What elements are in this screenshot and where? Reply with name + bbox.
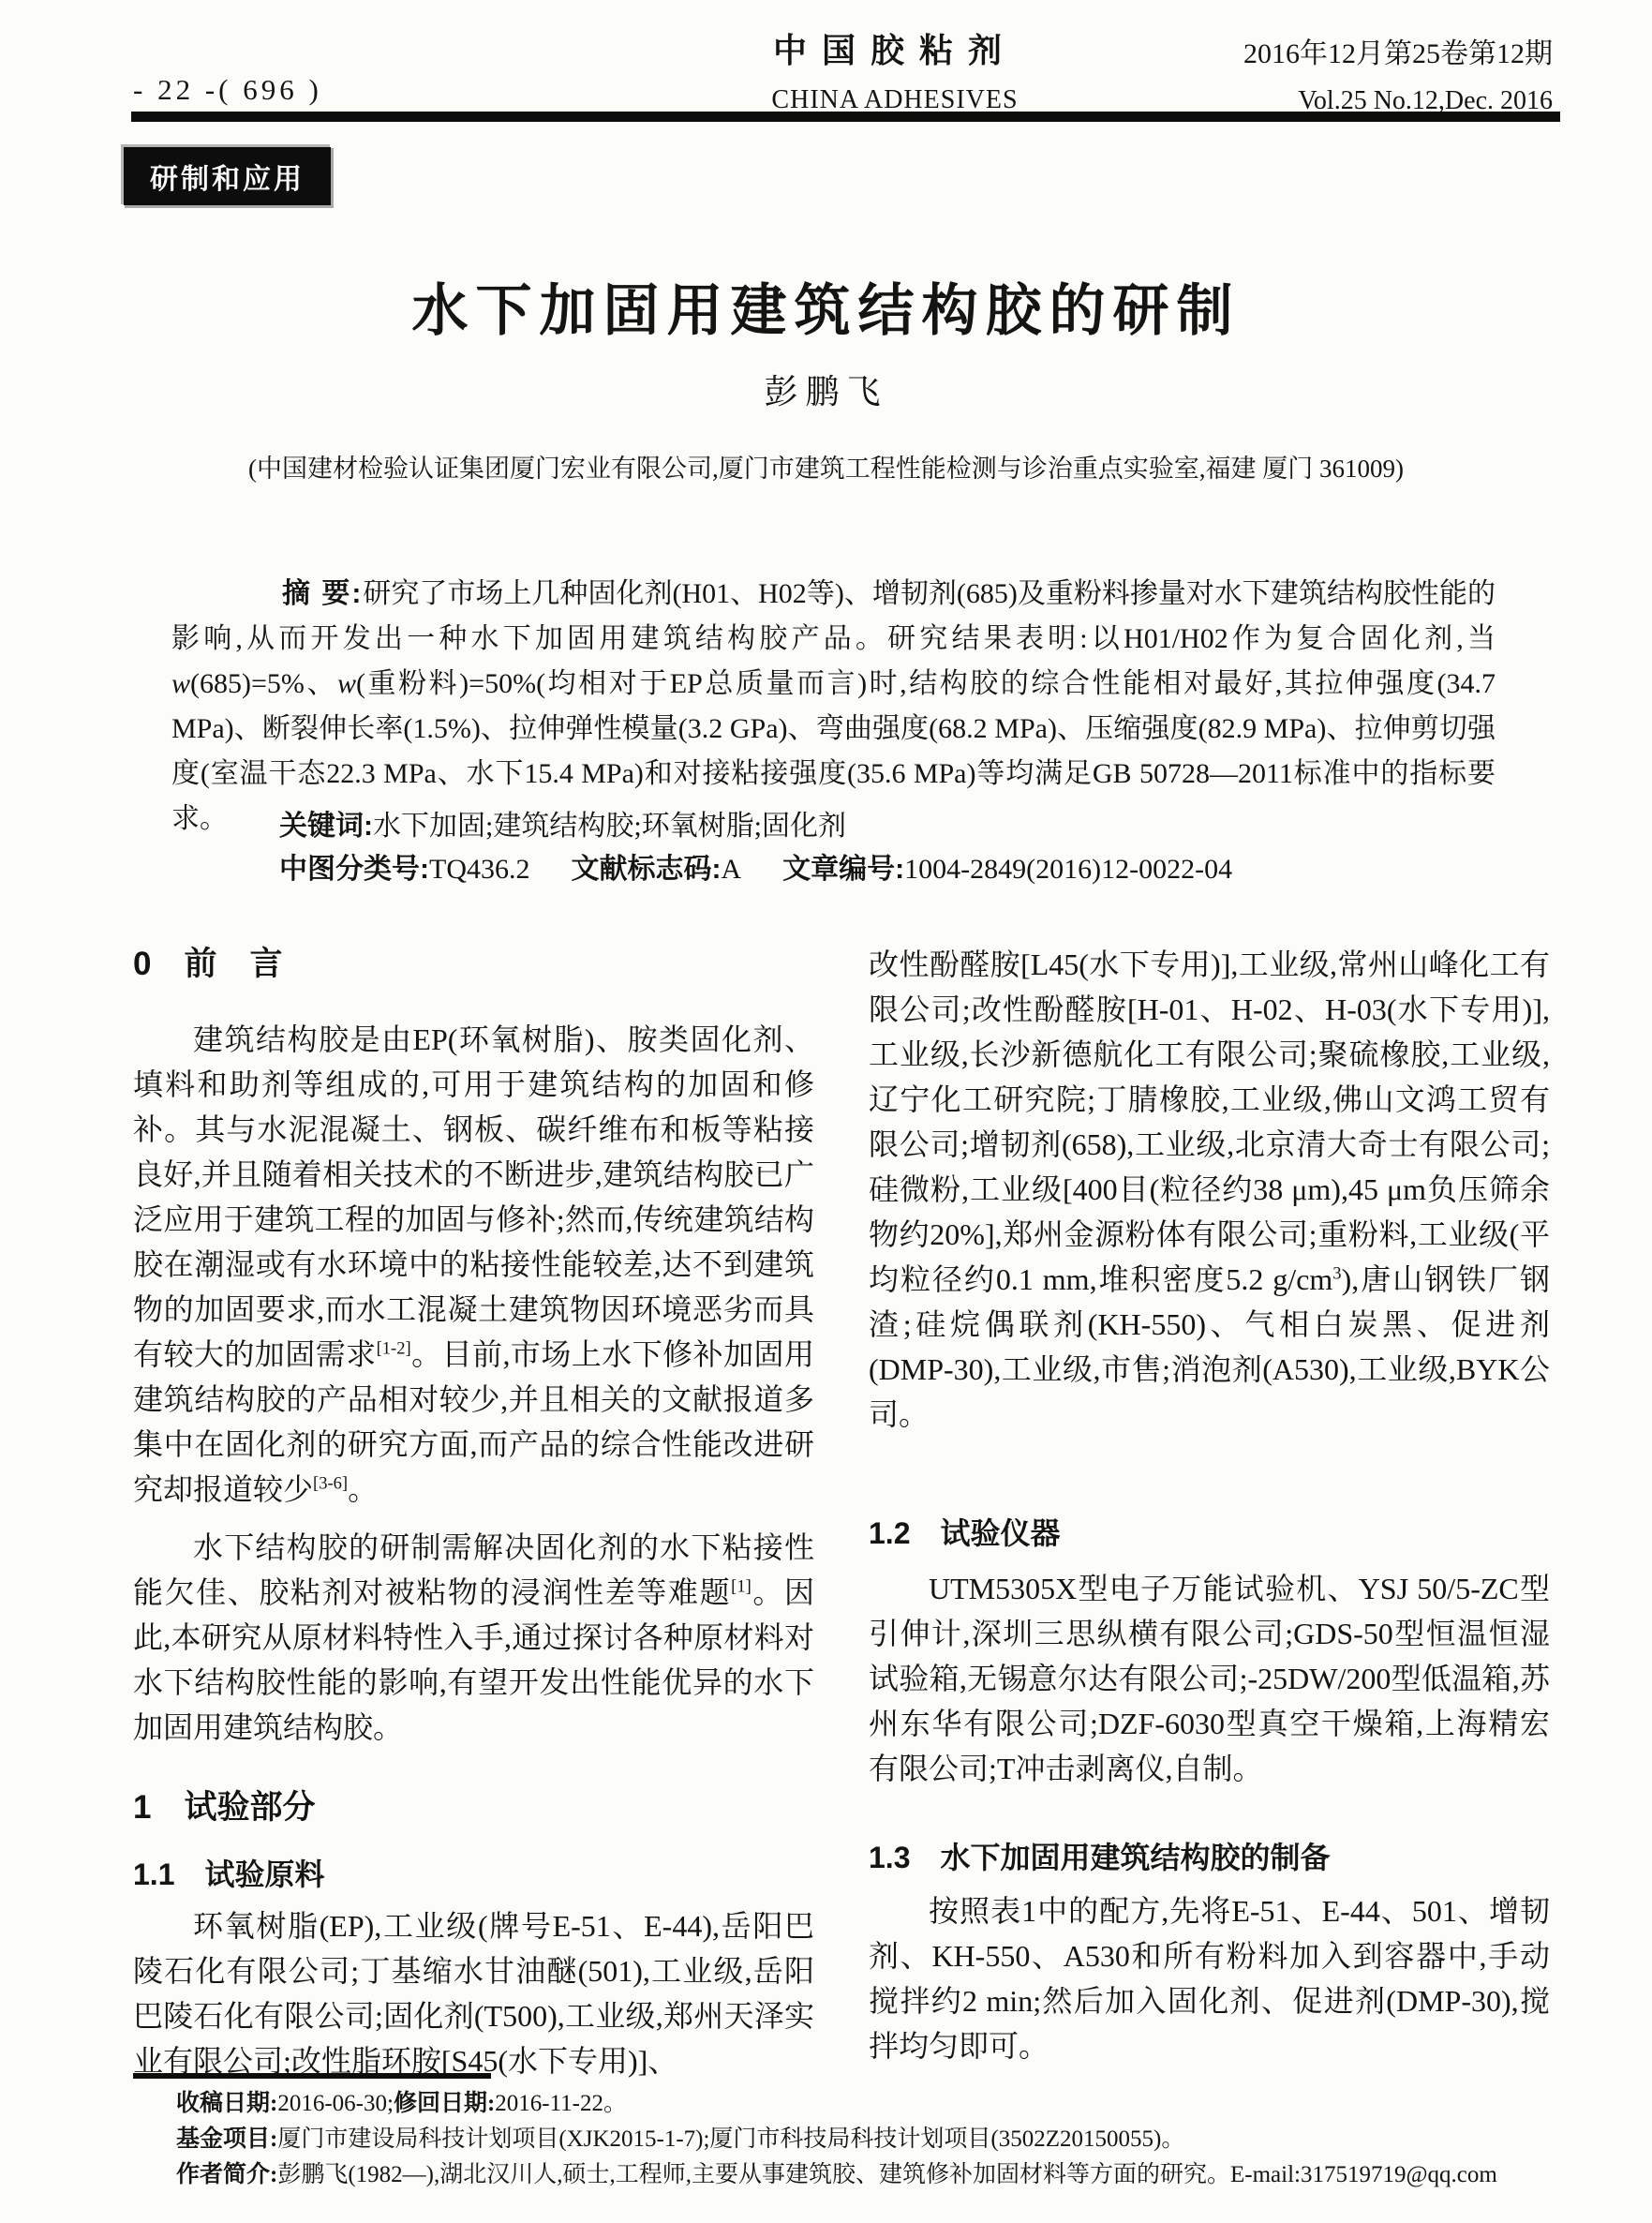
intro-paragraph-2: 水下结构胶的研制需解决固化剂的水下粘接性能欠佳、胶粘剂对被粘物的浸润性差等难题[…	[133, 1525, 814, 1750]
journal-page: - 22 -( 696 ) 中国胶粘剂 CHINA ADHESIVES 2016…	[0, 0, 1652, 2223]
issue-date-cn: 2016年12月第25卷第12期	[1243, 30, 1553, 71]
footnote-rule	[133, 2073, 491, 2079]
section-heading-1: 1 试验部分	[133, 1785, 814, 1830]
doc-code-label: 文献标志码:	[572, 854, 722, 885]
materials-paragraph-left: 环氧树脂(EP),工业级(牌号E-51、E-44),岳阳巴陵石化有限公司;丁基缩…	[133, 1903, 814, 2083]
affiliation: (中国建材检验认证集团厦门宏业有限公司,厦门市建筑工程性能检测与诊治重点实验室,…	[0, 448, 1652, 485]
section-heading-1-2: 1.2 试验仪器	[869, 1512, 1550, 1555]
footnote-author-bio: 作者简介:彭鹏飞(1982—),湖北汉川人,硕士,工程师,主要从事建筑胶、建筑修…	[176, 2157, 1582, 2193]
abstract-text: 研究了市场上几种固化剂(H01、H02等)、增韧剂(685)及重粉料掺量对水下建…	[171, 578, 1496, 834]
page-number-label: - 22 -( 696 )	[133, 73, 322, 107]
footnote-funding: 基金项目:厦门市建设局科技计划项目(XJK2015-1-7);厦门市科技局科技计…	[176, 2122, 1582, 2157]
journal-masthead: 中国胶粘剂 CHINA ADHESIVES	[614, 24, 1176, 115]
doc-code-value: A	[722, 854, 742, 885]
intro-paragraph-1: 建筑结构胶是由EP(环氧树脂)、胺类固化剂、填料和助剂等组成的,可用于建筑结构的…	[133, 1017, 814, 1512]
article-id-value: 1004-2849(2016)12-0022-04	[904, 854, 1232, 885]
abstract: 摘 要:研究了市场上几种固化剂(H01、H02等)、增韧剂(685)及重粉料掺量…	[171, 572, 1496, 842]
header-rule	[131, 112, 1560, 122]
column-badge: 研制和应用	[127, 150, 328, 202]
article-title: 水下加固用建筑结构胶的研制	[0, 266, 1652, 347]
body-columns: 0 前 言 建筑结构胶是由EP(环氧树脂)、胺类固化剂、填料和助剂等组成的,可用…	[133, 942, 1550, 2081]
keywords-text: 水下加固;建筑结构胶;环氧树脂;固化剂	[373, 811, 846, 842]
clc-value: TQ436.2	[429, 854, 530, 885]
keywords-label: 关键词:	[279, 811, 373, 842]
footnotes: 收稿日期:2016-06-30;修回日期:2016-11-22。 基金项目:厦门…	[176, 2086, 1582, 2193]
footnote-received-dates: 收稿日期:2016-06-30;修回日期:2016-11-22。	[176, 2086, 1582, 2122]
instruments-paragraph: UTM5305X型电子万能试验机、YSJ 50/5-ZC型引伸计,深圳三思纵横有…	[869, 1566, 1550, 1791]
right-column: 改性酚醛胺[L45(水下专用)],工业级,常州山峰化工有限公司;改性酚醛胺[H-…	[869, 942, 1550, 2081]
meta-line: 中图分类号:TQ436.2文献标志码:A文章编号:1004-2849(2016)…	[279, 845, 1232, 887]
materials-paragraph-right: 改性酚醛胺[L45(水下专用)],工业级,常州山峰化工有限公司;改性酚醛胺[H-…	[869, 942, 1550, 1437]
author-name: 彭鹏飞	[0, 366, 1652, 413]
clc-label: 中图分类号:	[279, 854, 429, 885]
issue-info: 2016年12月第25卷第12期 Vol.25 No.12,Dec. 2016	[1243, 30, 1553, 116]
preparation-paragraph: 按照表1中的配方,先将E-51、E-44、501、增韧剂、KH-550、A530…	[869, 1888, 1550, 2068]
left-column: 0 前 言 建筑结构胶是由EP(环氧树脂)、胺类固化剂、填料和助剂等组成的,可用…	[133, 942, 814, 2081]
section-heading-0: 0 前 言	[133, 942, 814, 987]
section-heading-1-3: 1.3 水下加固用建筑结构胶的制备	[869, 1836, 1550, 1879]
article-id-label: 文章编号:	[782, 854, 904, 885]
journal-name-cn: 中国胶粘剂	[614, 24, 1176, 72]
section-heading-1-1: 1.1 试验原料	[133, 1853, 814, 1896]
keywords-line: 关键词:水下加固;建筑结构胶;环氧树脂;固化剂	[279, 802, 846, 843]
abstract-label: 摘 要:	[282, 578, 363, 609]
